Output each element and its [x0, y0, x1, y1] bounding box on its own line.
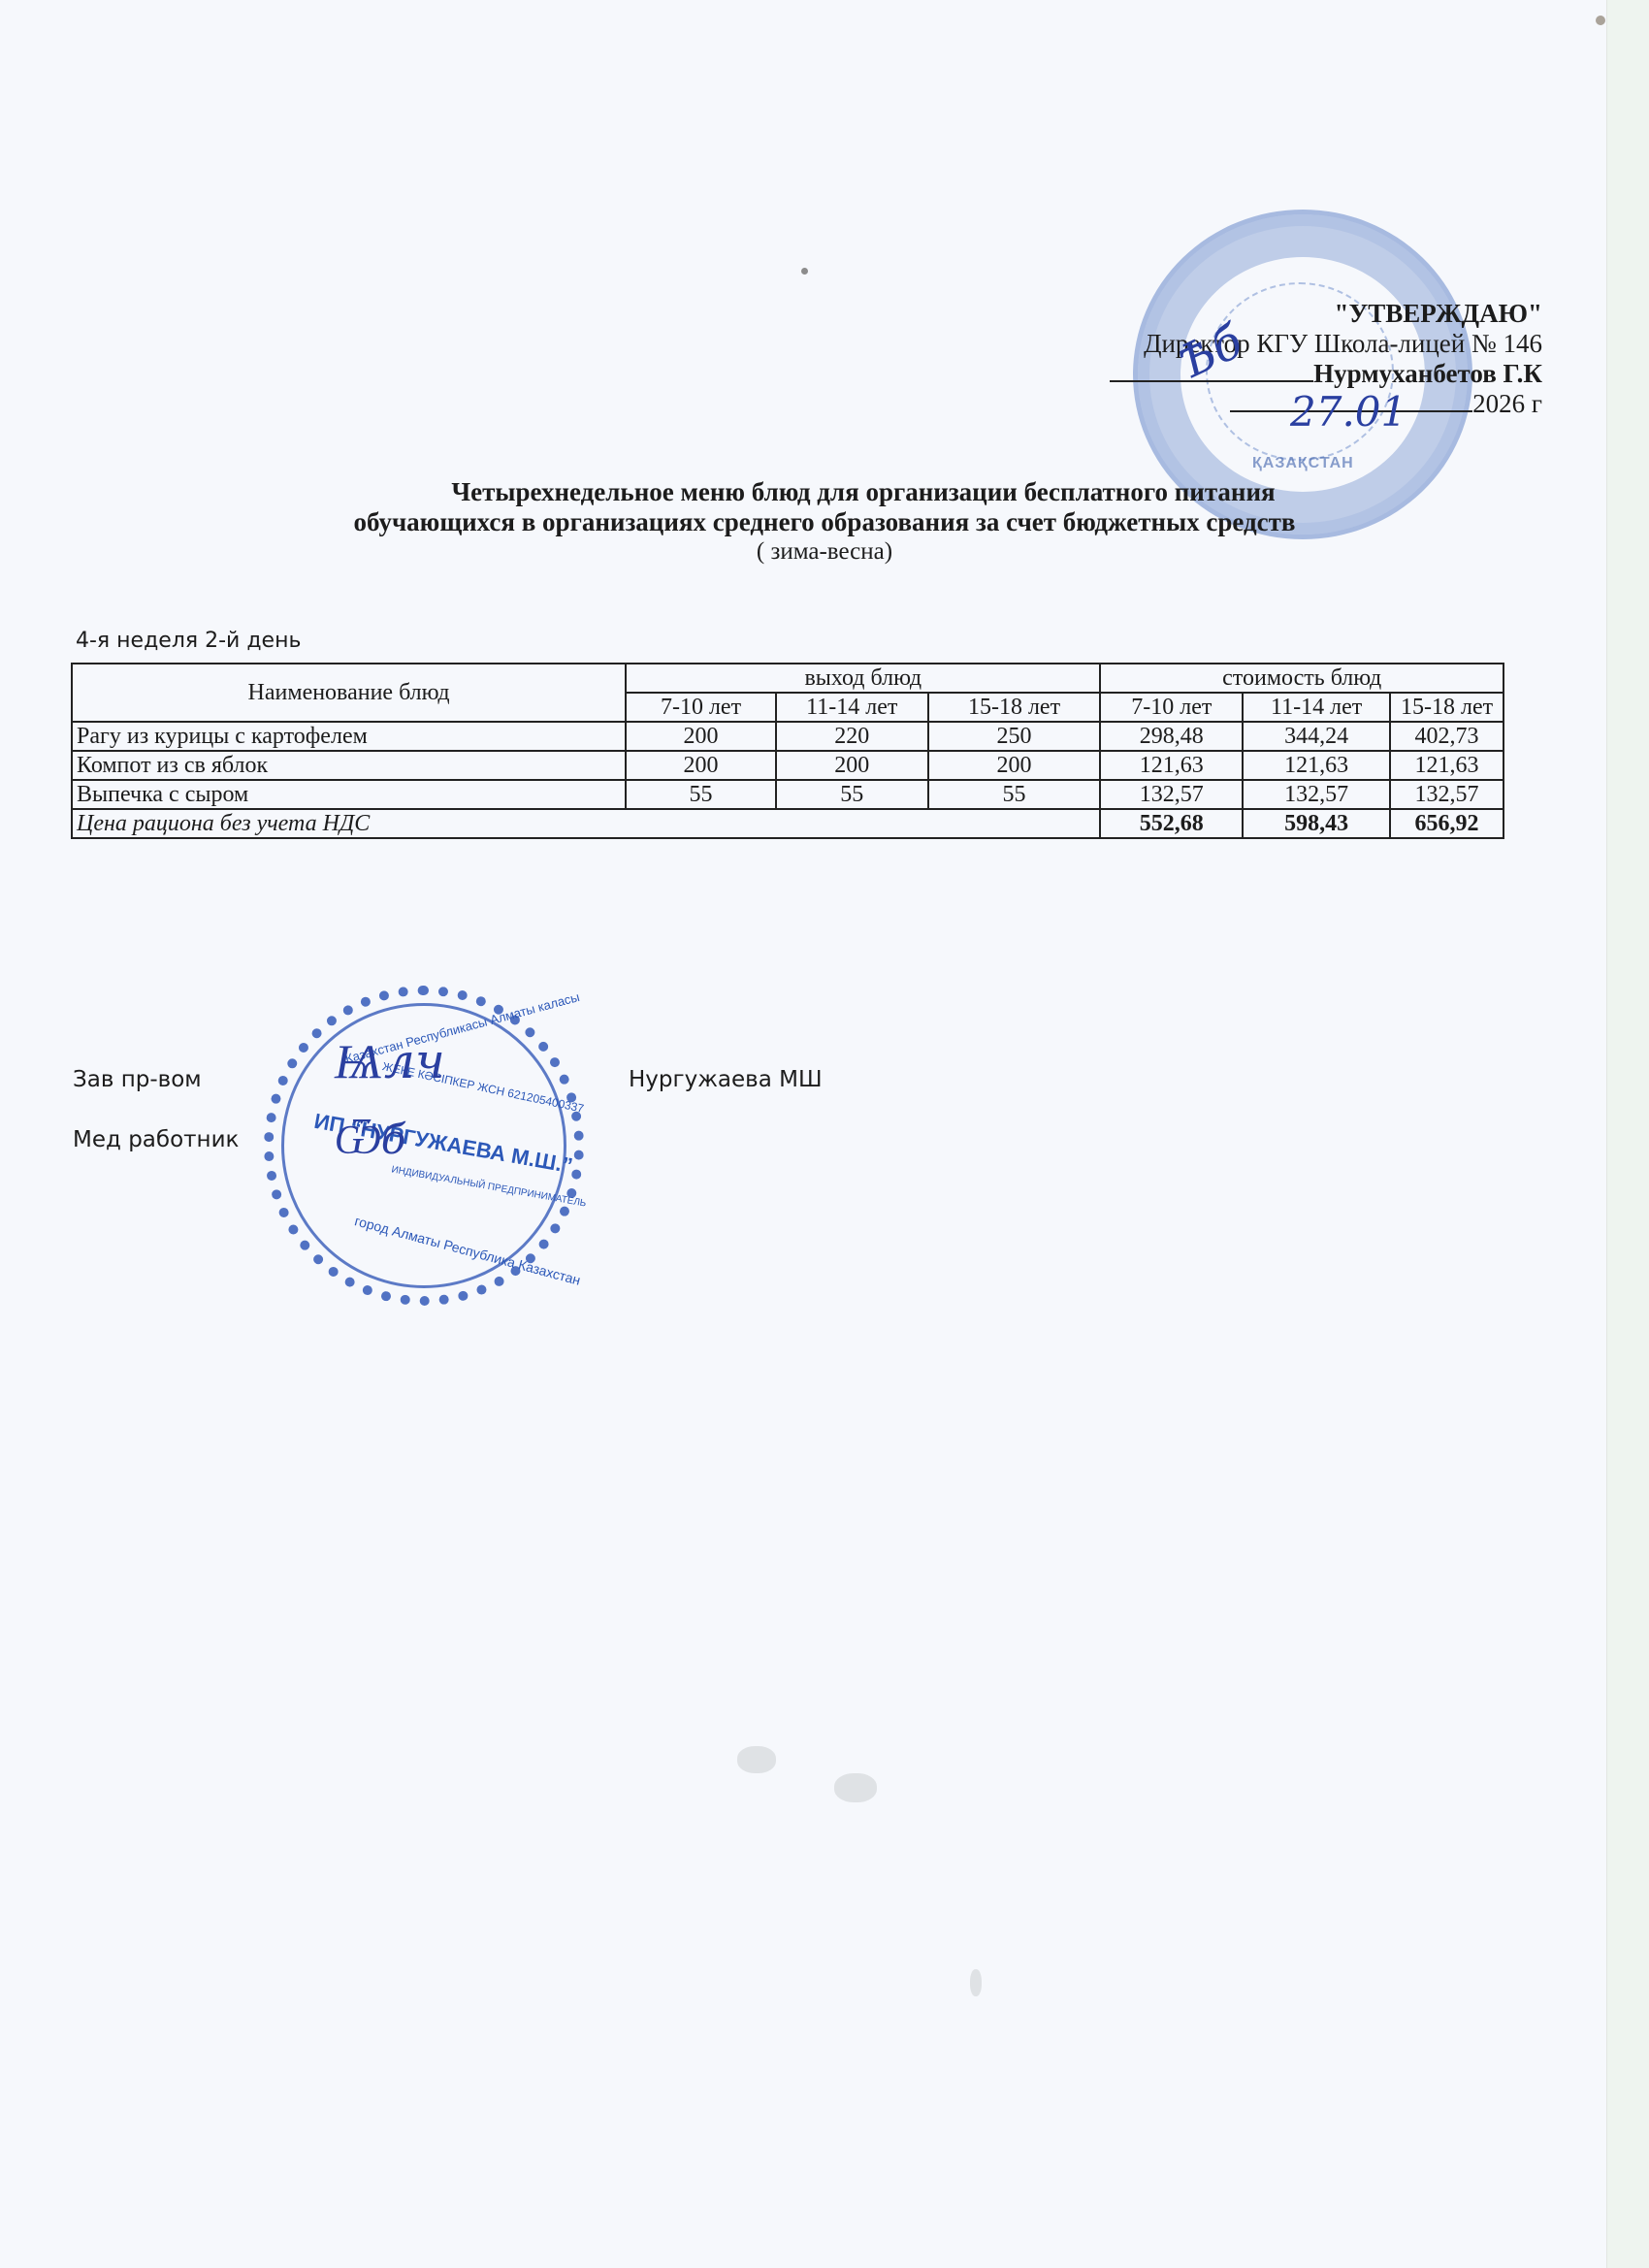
header-cost-age: 15-18 лет [1390, 693, 1503, 722]
production-head-name: Нургужаева МШ [629, 1067, 823, 1092]
cost-cell: 121,63 [1390, 751, 1503, 780]
title-line-1: Четырехнедельное меню блюд для организац… [0, 477, 1649, 507]
cost-cell: 132,57 [1390, 780, 1503, 809]
yield-cell: 55 [626, 780, 776, 809]
scan-speck [801, 268, 808, 275]
header-cost: стоимость блюд [1100, 664, 1503, 693]
handwritten-date: 27.01 [1290, 388, 1406, 436]
header-dish-name: Наименование блюд [72, 664, 626, 722]
cost-cell: 298,48 [1100, 722, 1243, 751]
yield-cell: 250 [928, 722, 1101, 751]
document-title: Четырехнедельное меню блюд для организац… [0, 477, 1649, 567]
cost-cell: 344,24 [1243, 722, 1390, 751]
dish-name: Компот из св яблок [72, 751, 626, 780]
title-season: ( зима-весна) [0, 537, 1649, 567]
title-line-2: обучающихся в организациях среднего обра… [0, 507, 1649, 537]
production-head-label: Зав пр-вом [73, 1067, 202, 1092]
scan-dust [1596, 16, 1605, 25]
header-cost-age: 11-14 лет [1243, 693, 1390, 722]
yield-cell: 220 [776, 722, 928, 751]
approval-heading: "УТВЕРЖДАЮ" [1110, 299, 1542, 329]
table-row: Компот из св яблок 200 200 200 121,63 12… [72, 751, 1503, 780]
total-cost: 656,92 [1390, 809, 1503, 838]
table-total-row: Цена рациона без учета НДС 552,68 598,43… [72, 809, 1503, 838]
scan-smudge [970, 1969, 982, 1996]
dish-name: Выпечка с сыром [72, 780, 626, 809]
dish-name: Рагу из курицы с картофелем [72, 722, 626, 751]
menu-table: Наименование блюд выход блюд стоимость б… [71, 663, 1504, 839]
table-row: Рагу из курицы с картофелем 200 220 250 … [72, 722, 1503, 751]
total-label: Цена рациона без учета НДС [72, 809, 1100, 838]
yield-cell: 200 [776, 751, 928, 780]
school-stamp-label: ҚАЗАҚСТАН [1252, 455, 1354, 472]
cost-cell: 132,57 [1243, 780, 1390, 809]
scan-page-edge [1606, 0, 1649, 2268]
approver-name: Нурмуханбетов Г.К [1313, 359, 1542, 388]
yield-cell: 200 [626, 722, 776, 751]
header-yield-age: 11-14 лет [776, 693, 928, 722]
header-yield: выход блюд [626, 664, 1100, 693]
production-head-signature: Ѩлч [335, 1033, 445, 1089]
approver-name-line: Нурмуханбетов Г.К [1110, 359, 1542, 389]
medic-label: Мед работник [73, 1127, 239, 1152]
scan-smudge [834, 1773, 877, 1802]
header-yield-age: 15-18 лет [928, 693, 1101, 722]
table-row: Выпечка с сыром 55 55 55 132,57 132,57 1… [72, 780, 1503, 809]
approval-year: 2026 г [1472, 389, 1542, 418]
total-cost: 598,43 [1243, 809, 1390, 838]
cost-cell: 402,73 [1390, 722, 1503, 751]
table-header-row: Наименование блюд выход блюд стоимость б… [72, 664, 1503, 693]
yield-cell: 55 [776, 780, 928, 809]
yield-cell: 200 [928, 751, 1101, 780]
medic-signature: Ѿб [335, 1116, 405, 1164]
cost-cell: 132,57 [1100, 780, 1243, 809]
scan-smudge [737, 1746, 776, 1773]
header-cost-age: 7-10 лет [1100, 693, 1243, 722]
cost-cell: 121,63 [1243, 751, 1390, 780]
header-yield-age: 7-10 лет [626, 693, 776, 722]
yield-cell: 55 [928, 780, 1101, 809]
total-cost: 552,68 [1100, 809, 1243, 838]
week-day-label: 4-я неделя 2-й день [76, 629, 301, 653]
yield-cell: 200 [626, 751, 776, 780]
cost-cell: 121,63 [1100, 751, 1243, 780]
